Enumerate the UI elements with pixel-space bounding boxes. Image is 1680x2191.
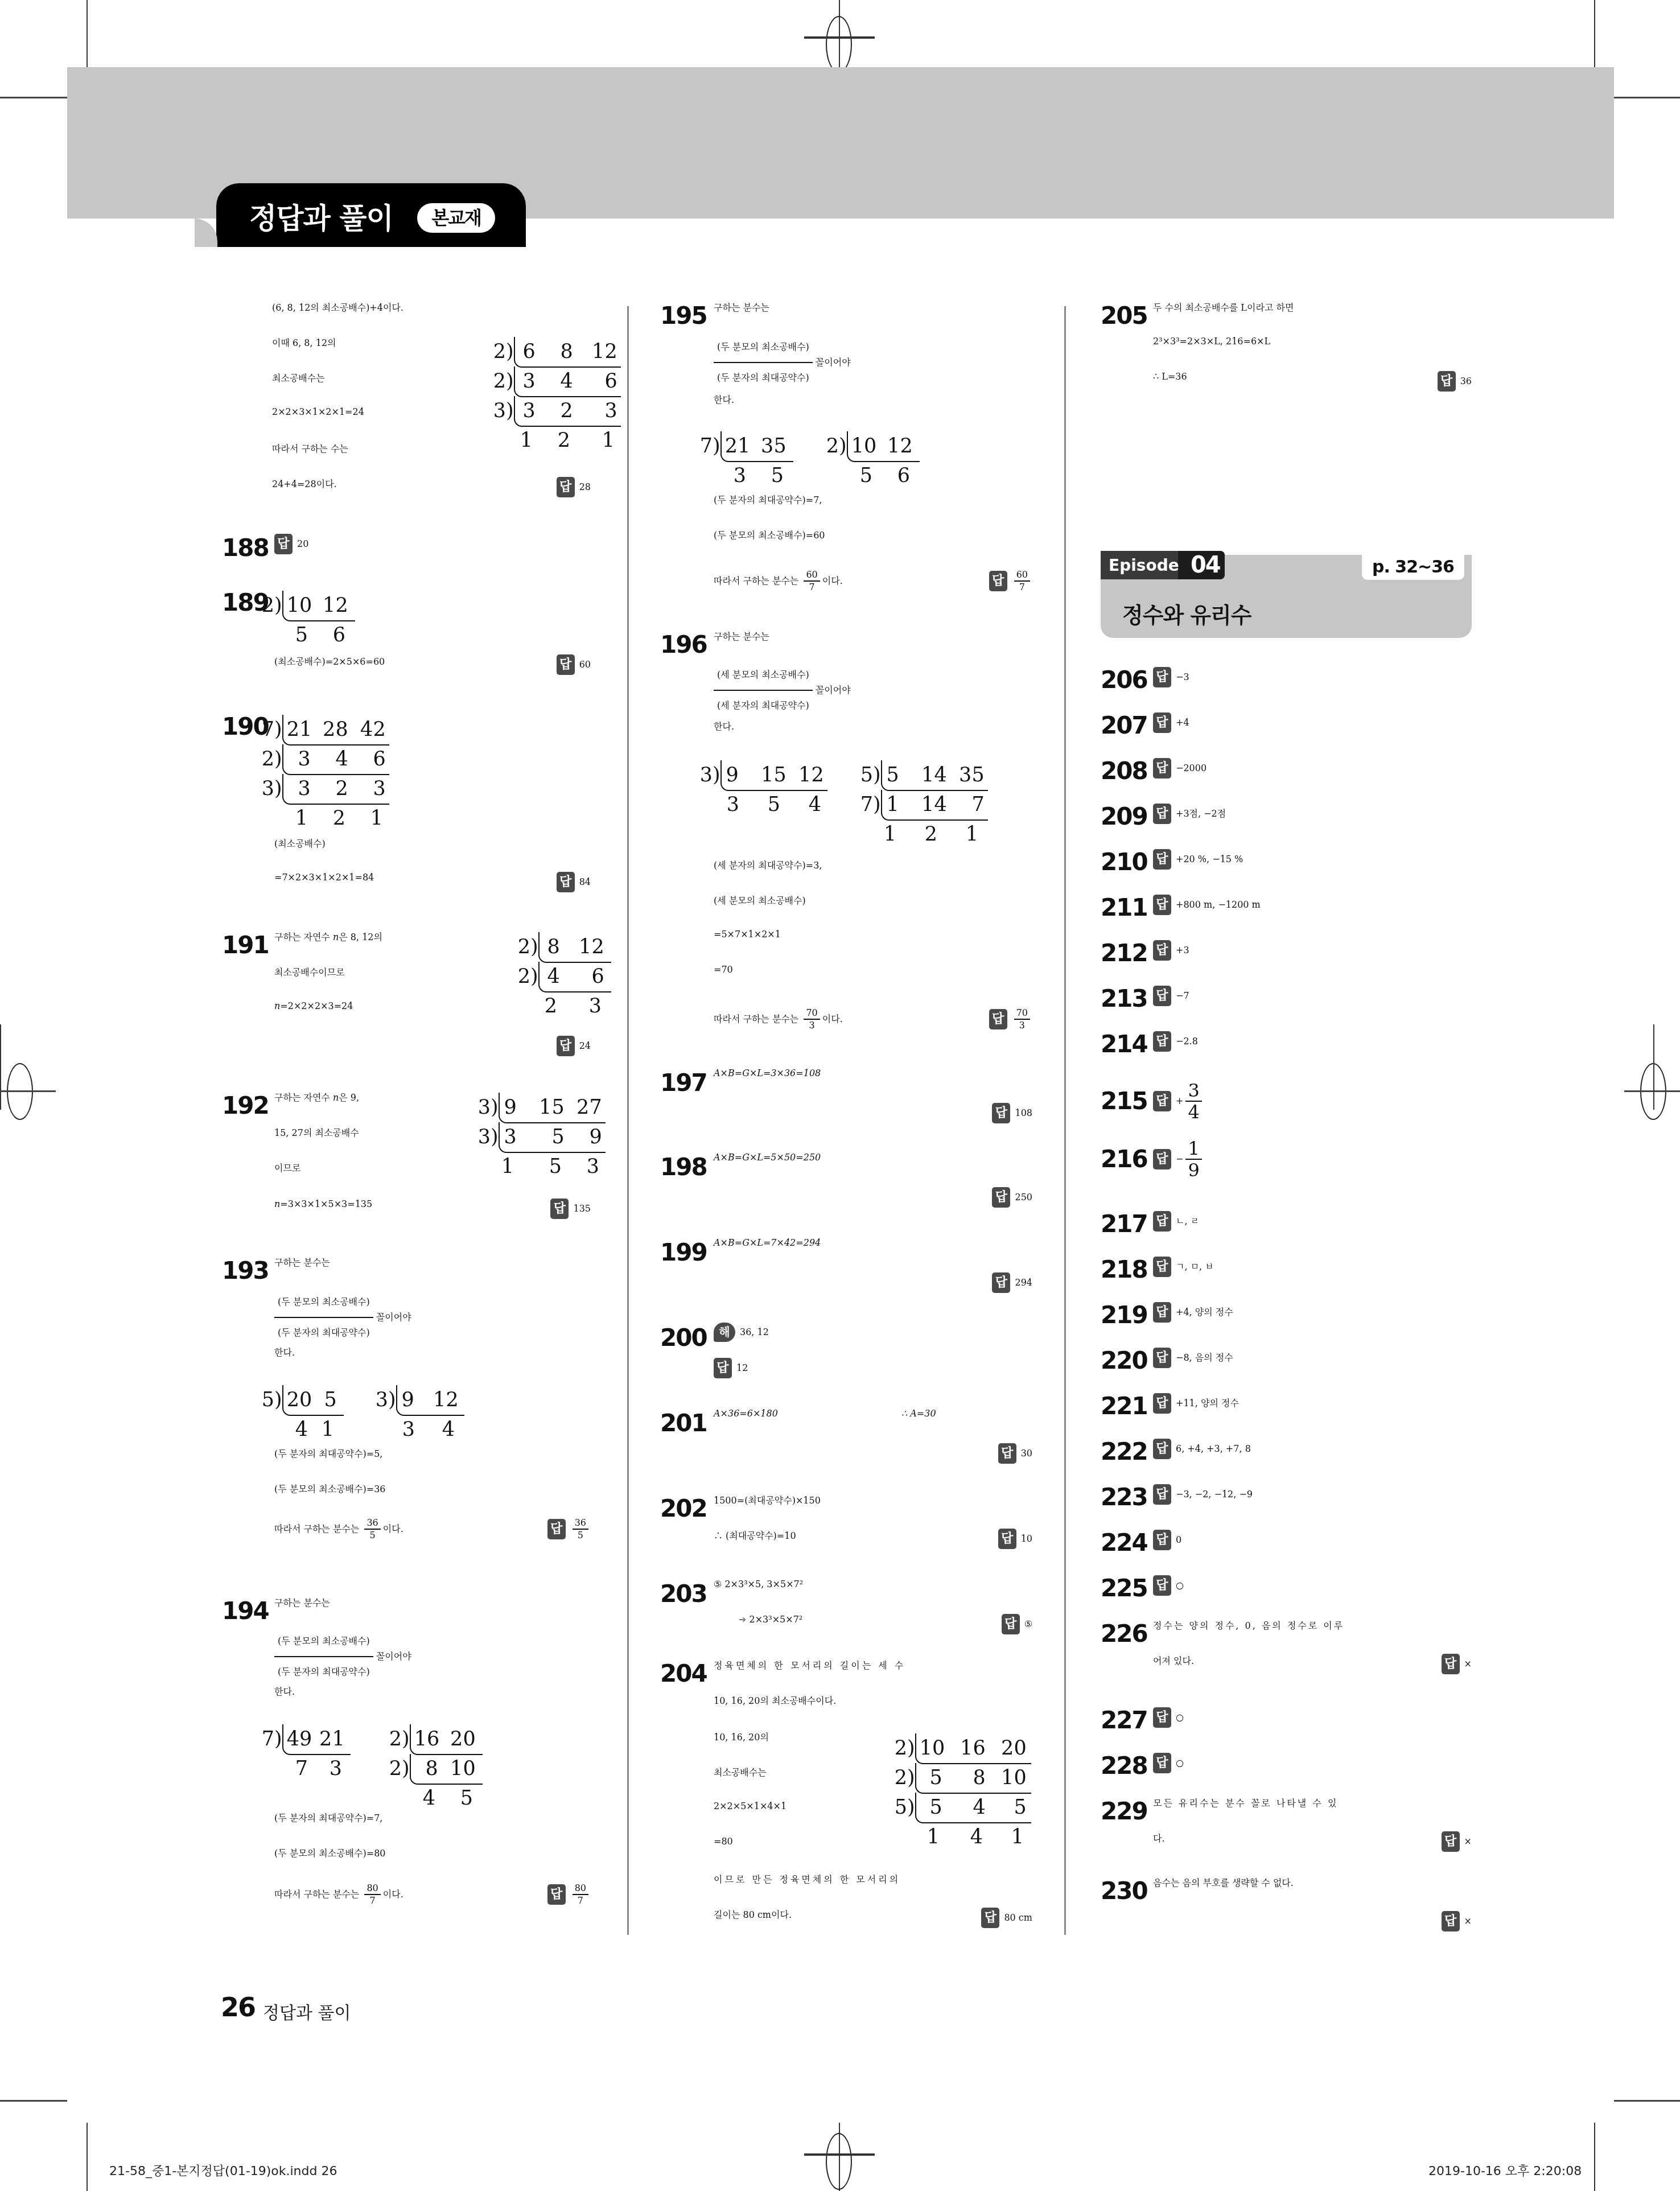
division-ladder: 2)1620 2)810 45 xyxy=(382,1724,483,1813)
cell: 16 xyxy=(414,1724,438,1754)
answer-icon: 답 xyxy=(557,1036,575,1056)
answer-icon: 답 xyxy=(557,654,575,675)
crop-mark xyxy=(0,2100,67,2102)
conclusion-line: 따라서 구하는 분수는 807이다. xyxy=(274,1883,403,1906)
divisor: 2 xyxy=(382,1754,402,1784)
answer-value: 20 xyxy=(297,538,308,549)
text-line: 따라서 구하는 수는 xyxy=(272,442,348,455)
problem-number: 204 xyxy=(660,1659,707,1687)
column-divider xyxy=(627,306,629,1935)
cell: 28 xyxy=(311,715,348,744)
answer: 답○ xyxy=(1153,1575,1184,1596)
answer: 답−2.8 xyxy=(1153,1031,1198,1052)
problem-number: 223 xyxy=(1101,1483,1147,1511)
answer: 답24 xyxy=(557,1036,591,1056)
text-line: 모든 유리수는 분수 꼴로 나타낼 수 있 xyxy=(1153,1796,1338,1809)
text: 이다. xyxy=(383,1523,403,1534)
answer-icon: 답 xyxy=(1153,1091,1171,1111)
answer-value: 294 xyxy=(1015,1277,1032,1288)
answer-icon: 답 xyxy=(1153,1439,1171,1459)
sign: − xyxy=(1176,1154,1183,1164)
answer-value: −2.8 xyxy=(1176,1036,1198,1047)
problem-number: 200 xyxy=(660,1324,707,1352)
answer: 답ㄱ, ㅁ, ㅂ xyxy=(1153,1257,1214,1277)
answer-value: ㄴ, ㄹ xyxy=(1176,1216,1199,1226)
text-line: (두 분모의 최소공배수)=80 xyxy=(274,1846,386,1859)
problem-number: 216 xyxy=(1101,1145,1147,1173)
problem-number: 196 xyxy=(660,631,707,658)
cell: 20 xyxy=(287,1385,311,1415)
text: 이다. xyxy=(822,1014,843,1024)
denominator: 7 xyxy=(1014,582,1030,593)
list-item: 211 xyxy=(1101,893,1147,921)
text: 꼴이어야 xyxy=(816,357,851,368)
answer-value: +11, 양의 정수 xyxy=(1176,1398,1239,1408)
cell: 5 xyxy=(514,1152,562,1181)
footer-label: 정답과 풀이 xyxy=(263,1999,351,2024)
text-line: 10, 16, 20의 xyxy=(714,1730,769,1743)
text: 꼴이어야 xyxy=(376,1651,411,1662)
conclusion-line: 따라서 구하는 분수는 607이다. xyxy=(714,569,843,593)
text-line: 2³×3³=2×3×L, 216=6×L xyxy=(1153,336,1270,347)
hint-icon: 해 xyxy=(714,1323,735,1342)
denominator: 3 xyxy=(1014,1020,1030,1031)
answer-icon: 답 xyxy=(714,1358,732,1378)
cell: 20 xyxy=(986,1733,1027,1763)
problem-number: 225 xyxy=(1101,1574,1147,1602)
answer: 답−7 xyxy=(1153,986,1189,1006)
answer: 답365 xyxy=(547,1517,591,1541)
text-line: 10, 16, 20의 최소공배수이다. xyxy=(714,1694,836,1707)
answer-icon: 답 xyxy=(989,1009,1007,1029)
list-item: 206 xyxy=(1101,666,1147,694)
divisor: 2 xyxy=(255,744,274,774)
crop-mark xyxy=(87,0,88,67)
text-line: 1500=(최대공약수)×150 xyxy=(714,1493,821,1506)
answer-icon: 답 xyxy=(1153,1707,1171,1728)
text-line: 구하는 자연수 n은 8, 12의 xyxy=(274,930,382,943)
answer: 답+3점, −2점 xyxy=(1153,804,1226,824)
list-item: 212 xyxy=(1101,939,1147,967)
cell: 6 xyxy=(573,366,617,396)
cell: 2 xyxy=(540,991,557,1021)
text-line: 구하는 분수는 xyxy=(274,1596,330,1609)
answer-value: +800 m, −1200 m xyxy=(1176,899,1261,910)
text-line: 한다. xyxy=(274,1685,295,1698)
cell: 21 xyxy=(287,715,311,744)
answer: 답6, +4, +3, +7, 8 xyxy=(1153,1439,1251,1459)
answer-icon: 답 xyxy=(1153,713,1171,733)
problem-number: 188 xyxy=(222,534,269,562)
denominator: 9 xyxy=(1185,1160,1201,1180)
cell: 6 xyxy=(348,744,386,774)
list-item: 218 xyxy=(1101,1255,1147,1283)
cell: 1 xyxy=(937,819,978,849)
text-line: 정육면체의 한 모서리의 길이는 세 수 xyxy=(714,1658,905,1671)
text: 은 8, 12의 xyxy=(339,932,382,942)
problem-number: 198 xyxy=(660,1153,707,1181)
cell: 12 xyxy=(875,431,913,461)
page-title: 정답과 풀이 xyxy=(249,196,393,237)
answer-icon: 답 xyxy=(1153,1484,1171,1505)
text-line: 한다. xyxy=(714,719,734,732)
answer-icon: 답 xyxy=(1438,371,1456,392)
cell: 12 xyxy=(787,760,824,790)
cell: 4 xyxy=(543,962,560,991)
text-line: =80 xyxy=(714,1836,733,1847)
fraction-expression: (두 분모의 최소공배수)(두 분자의 최대공약수) 꼴이어야 xyxy=(274,1626,411,1687)
answer-value: −7 xyxy=(1176,990,1189,1001)
numerator: 3 xyxy=(1185,1080,1201,1102)
answer-value: 28 xyxy=(579,481,591,492)
cell: 3 xyxy=(398,1415,415,1444)
text: 꼴이어야 xyxy=(816,685,851,695)
problem-number: 217 xyxy=(1101,1210,1147,1238)
answer-value: ○ xyxy=(1176,1757,1184,1768)
episode-label: Episode xyxy=(1109,556,1179,575)
answer-icon: 답 xyxy=(1153,1302,1171,1323)
text-line: 2×2×5×1×4×1 xyxy=(714,1801,787,1811)
crop-mark xyxy=(87,2123,88,2191)
problem-number: 201 xyxy=(660,1409,707,1437)
answer-icon: 답 xyxy=(1153,1149,1171,1169)
cell: 5 xyxy=(849,461,872,491)
fraction-expression: (세 분모의 최소공배수)(세 분자의 최대공약수) 꼴이어야 xyxy=(714,660,851,720)
cell: 10 xyxy=(851,431,875,461)
text-line: (두 분자의 최대공약수)=7, xyxy=(274,1811,382,1824)
problem-number: 210 xyxy=(1101,848,1147,876)
cell: 10 xyxy=(920,1733,942,1763)
answer-icon: 답 xyxy=(557,872,575,892)
cell: 2 xyxy=(311,774,348,804)
answer: 답250 xyxy=(992,1187,1032,1208)
divisor: 2 xyxy=(487,337,506,366)
text-line: 구하는 분수는 xyxy=(714,300,769,314)
denominator: (두 분자의 최대공약수) xyxy=(274,1657,373,1687)
answer: 답× xyxy=(1442,1911,1472,1931)
answer: 답× xyxy=(1442,1831,1472,1852)
cell: 4 xyxy=(940,1822,983,1852)
text-line: ➔ 2×3³×5×7² xyxy=(739,1614,802,1625)
problem-number: 194 xyxy=(222,1597,269,1625)
denominator: 3 xyxy=(804,1020,820,1031)
answer: 답108 xyxy=(992,1103,1032,1123)
divisor: 2 xyxy=(511,962,530,991)
answer-icon: 답 xyxy=(1153,1211,1171,1232)
cell: 3 xyxy=(348,774,386,804)
cell: 6 xyxy=(518,337,536,366)
text-line: 최소공배수이므로 xyxy=(274,965,345,978)
answer: 답20 xyxy=(274,534,308,554)
answer-value: +20 %, −15 % xyxy=(1176,854,1243,864)
cell: 5 xyxy=(311,1385,337,1415)
numerator: 36 xyxy=(573,1517,588,1530)
text-line: 24+4=28이다. xyxy=(272,477,337,490)
answer-icon: 답 xyxy=(1153,667,1171,687)
text-line: ∴ (최대공약수)=10 xyxy=(714,1529,796,1542)
cell: 3 xyxy=(503,1122,517,1152)
textbook-badge: 본교재 xyxy=(417,203,495,233)
crop-mark xyxy=(0,1024,1,1110)
cell: 6 xyxy=(560,962,604,991)
problem-number: 207 xyxy=(1101,711,1147,739)
answer: 답−19 xyxy=(1153,1138,1204,1180)
answer: 답30 xyxy=(998,1443,1032,1464)
text-line: 최소공배수는 xyxy=(272,371,325,384)
text: 따라서 구하는 분수는 xyxy=(274,1523,359,1534)
answer-icon: 답 xyxy=(1153,1348,1171,1368)
answer-value: 24 xyxy=(579,1040,591,1051)
denominator: 5 xyxy=(573,1530,588,1541)
divisor: 3 xyxy=(693,760,713,790)
text-line: 이므로 xyxy=(274,1161,300,1174)
problem-number: 215 xyxy=(1101,1087,1147,1115)
cell: 12 xyxy=(573,337,617,366)
answer-value: ○ xyxy=(1176,1580,1184,1591)
answer: 답10 xyxy=(998,1529,1032,1549)
variable: n xyxy=(274,1000,280,1011)
cell: 2 xyxy=(308,804,345,833)
page-number: 26 xyxy=(221,1992,255,2023)
cell: 8 xyxy=(942,1763,986,1793)
text-line: (두 분자의 최대공약수)=7, xyxy=(714,493,822,506)
cell: 1 xyxy=(516,426,533,455)
cell: 4 xyxy=(411,1784,435,1813)
cell: 49 xyxy=(287,1724,311,1754)
answer-value: ○ xyxy=(1176,1712,1184,1723)
episode-number: 04 xyxy=(1191,552,1220,578)
cell: 6 xyxy=(872,461,910,491)
cell: 1 xyxy=(886,790,899,819)
answer-icon: 답 xyxy=(989,571,1007,591)
answer: 답+4, 양의 정수 xyxy=(1153,1302,1233,1323)
numerator: 60 xyxy=(1014,569,1030,582)
answer-icon: 답 xyxy=(1442,1911,1460,1931)
text-line: (6, 8, 12의 최소공배수)+4이다. xyxy=(272,300,403,314)
divisor: 2 xyxy=(255,591,274,620)
answer-icon: 답 xyxy=(1153,758,1171,779)
cell: 14 xyxy=(899,790,947,819)
cell: 3 xyxy=(562,1152,599,1181)
cell: 4 xyxy=(284,1415,308,1444)
problem-number: 209 xyxy=(1101,802,1147,830)
cell: 2 xyxy=(896,819,937,849)
list-item: 207 xyxy=(1101,711,1147,739)
cell: 8 xyxy=(543,932,560,962)
list-item: 221 xyxy=(1101,1392,1147,1420)
numerator: 80 xyxy=(573,1883,588,1895)
text-line: (세 분자의 최대공약수)=3, xyxy=(714,858,822,871)
cell: 2 xyxy=(536,396,573,426)
list-item: 214 xyxy=(1101,1030,1147,1058)
text-line: (두 분모의 최소공배수)=36 xyxy=(274,1482,386,1495)
text-line: n=3×3×1×5×3=135 xyxy=(274,1199,372,1209)
cell: 10 xyxy=(986,1763,1027,1793)
text-line: (두 분모의 최소공배수)=60 xyxy=(714,528,825,541)
cell: 3 xyxy=(722,461,746,491)
text: 이다. xyxy=(383,1889,403,1900)
cell: 5 xyxy=(920,1763,942,1793)
answer: 답○ xyxy=(1153,1707,1184,1728)
problem-number: 192 xyxy=(222,1092,269,1119)
crop-mark xyxy=(1614,97,1680,98)
answer: 답+800 m, −1200 m xyxy=(1153,895,1261,915)
text-line: (두 분자의 최대공약수)=5, xyxy=(274,1447,382,1460)
answer-icon: 답 xyxy=(274,534,293,554)
variable: n xyxy=(333,932,339,942)
answer: 답703 xyxy=(989,1007,1032,1031)
text: 2×3³×5×7² xyxy=(750,1614,803,1625)
cell: 7 xyxy=(947,790,985,819)
problem-number: 197 xyxy=(660,1069,707,1097)
answer-icon: 답 xyxy=(1153,1031,1171,1052)
registration-mark xyxy=(826,2133,852,2190)
crop-mark xyxy=(1614,2100,1680,2102)
divisor: 7 xyxy=(255,715,274,744)
answer-icon: 답 xyxy=(1153,986,1171,1006)
problem-number: 224 xyxy=(1101,1529,1147,1556)
answer-icon: 답 xyxy=(992,1103,1010,1123)
answer-value: 10 xyxy=(1021,1533,1032,1544)
cell: 15 xyxy=(739,760,787,790)
cell: 4 xyxy=(536,366,573,396)
denominator: (두 분자의 최대공약수) xyxy=(714,363,813,393)
cell: 5 xyxy=(986,1793,1027,1822)
division-ladder: 5)51435 7)1147 121 xyxy=(854,760,988,849)
list-item: 210 xyxy=(1101,848,1147,876)
registration-mark xyxy=(804,36,875,39)
answer: 답+20 %, −15 % xyxy=(1153,849,1243,870)
answer-value: 108 xyxy=(1015,1107,1032,1118)
denominator: 4 xyxy=(1185,1102,1201,1122)
problem-number: 199 xyxy=(660,1238,707,1266)
answer-value: 135 xyxy=(573,1203,591,1214)
answer-icon: 답 xyxy=(992,1272,1010,1293)
division-ladder: 2)1012 56 xyxy=(820,431,920,491)
answer-value: 12 xyxy=(736,1362,748,1373)
cell: 1 xyxy=(917,1822,940,1852)
answer: 답60 xyxy=(557,654,591,675)
text: 따라서 구하는 분수는 xyxy=(714,575,798,586)
answer-icon: 답 xyxy=(1153,940,1171,961)
numerator: 80 xyxy=(364,1883,380,1895)
answer: 답28 xyxy=(557,477,591,497)
answer-icon: 답 xyxy=(1442,1831,1460,1852)
problem-number: 211 xyxy=(1101,893,1147,921)
numerator: 70 xyxy=(804,1007,820,1020)
answer-value: +4 xyxy=(1176,717,1189,728)
problem-number: 193 xyxy=(222,1257,269,1284)
numerator: (세 분모의 최소공배수) xyxy=(714,660,813,691)
answer-value: −3 xyxy=(1176,672,1189,682)
equation: A×B=G×L=3×36=108 xyxy=(714,1068,821,1078)
problem-number: 220 xyxy=(1101,1346,1147,1374)
divisor: 5 xyxy=(888,1793,907,1822)
list-item: 223 xyxy=(1101,1483,1147,1511)
cell: 3 xyxy=(518,396,536,426)
answer-icon: 답 xyxy=(998,1443,1016,1464)
problem-number: 212 xyxy=(1101,939,1147,967)
cell: 3 xyxy=(518,366,536,396)
text-line: (최소공배수) xyxy=(274,837,326,850)
cell: 3 xyxy=(573,396,617,426)
cell: 35 xyxy=(749,431,787,461)
cell: 5 xyxy=(517,1122,565,1152)
cell: 4 xyxy=(415,1415,455,1444)
denominator: 7 xyxy=(804,582,820,593)
list-item: 208 xyxy=(1101,757,1147,785)
text-line: 2×2×3×1×2×1=24 xyxy=(272,406,364,417)
cell: 1 xyxy=(284,804,308,833)
text-line: =70 xyxy=(714,964,733,975)
column-divider xyxy=(1064,306,1066,1935)
problem-number: 230 xyxy=(1101,1877,1147,1905)
cell: 27 xyxy=(565,1093,602,1122)
divisor: 2 xyxy=(487,366,506,396)
answer: 답135 xyxy=(550,1199,591,1219)
problem-number: 219 xyxy=(1101,1301,1147,1329)
numerator: 36 xyxy=(364,1517,380,1530)
answer: 답+11, 양의 정수 xyxy=(1153,1393,1239,1414)
answer: 답+34 xyxy=(1153,1080,1204,1122)
numerator: 1 xyxy=(1185,1138,1201,1160)
text-line: =5×7×1×2×1 xyxy=(714,929,781,940)
list-item: 217 xyxy=(1101,1210,1147,1238)
answer-icon: 답 xyxy=(550,1199,569,1219)
crop-mark xyxy=(1594,0,1595,67)
answer: 답84 xyxy=(557,872,591,892)
answer-icon: 답 xyxy=(1442,1654,1460,1674)
list-item: 225 xyxy=(1101,1574,1147,1602)
list-item: 209 xyxy=(1101,802,1147,830)
equation: A×B=G×L=7×42=294 xyxy=(714,1237,821,1248)
cell: 10 xyxy=(438,1754,476,1784)
episode-page-range: p. 32~36 xyxy=(1362,555,1464,580)
text-line: 어져 있다. xyxy=(1153,1654,1194,1667)
answer: 답−3, −2, −12, −9 xyxy=(1153,1484,1253,1505)
answer-icon: 답 xyxy=(1153,1257,1171,1277)
hint-line: 해36, 12 xyxy=(714,1323,769,1342)
divisor: 2 xyxy=(888,1733,907,1763)
crop-mark xyxy=(0,97,67,98)
division-ladder: 2)1012 56 xyxy=(255,591,355,650)
divisor: 2 xyxy=(820,431,839,461)
text-line: (최소공배수)=2×5×6=60 xyxy=(274,654,385,668)
problem-number: 229 xyxy=(1101,1797,1147,1825)
cell: 9 xyxy=(725,760,739,790)
problem-number: 205 xyxy=(1101,302,1147,330)
answer: 답+4 xyxy=(1153,713,1189,733)
cell: 5 xyxy=(746,461,784,491)
text: 이다. xyxy=(822,575,843,586)
text-line: ∴ L=36 xyxy=(1153,371,1187,382)
text: 구하는 자연수 xyxy=(274,1092,333,1103)
cell: 9 xyxy=(401,1385,414,1415)
text-line: 이므로 만든 정육면체의 한 모서리의 xyxy=(714,1872,900,1885)
print-slug-filename: 21-58_중1-본지정답(01-19)ok.indd 26 xyxy=(109,2161,337,2179)
cell: 1 xyxy=(883,819,896,849)
answer: 답294 xyxy=(992,1272,1032,1293)
text-line: 다. xyxy=(1153,1831,1165,1844)
answer-icon: 답 xyxy=(992,1187,1010,1208)
cell: 1 xyxy=(983,1822,1024,1852)
answer-value: × xyxy=(1464,1658,1472,1669)
text: 구하는 자연수 xyxy=(274,932,333,942)
answer: 답ㄴ, ㄹ xyxy=(1153,1211,1199,1232)
list-item: 222 xyxy=(1101,1438,1147,1465)
cell: 1 xyxy=(570,426,615,455)
cell: 20 xyxy=(438,1724,476,1754)
